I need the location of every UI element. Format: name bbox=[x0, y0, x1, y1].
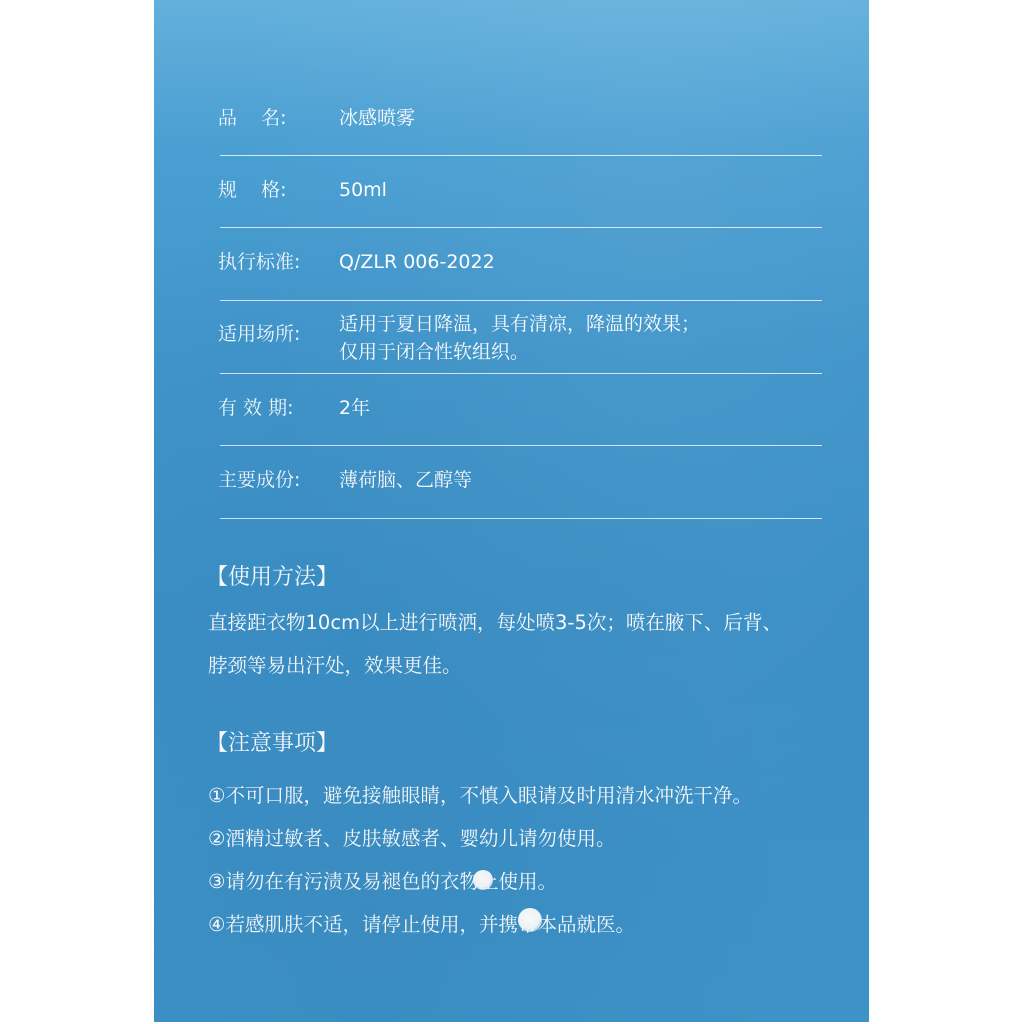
usage-line: 直接距衣物10cm以上进行喷洒，每处喷3-5次；喷在腋下、后背、 bbox=[208, 609, 782, 637]
caution-item: ③请勿在有污渍及易褪色的衣物上使用。 bbox=[208, 868, 557, 896]
spec-value-line-2: 仅用于闭合性软组织。 bbox=[339, 338, 529, 367]
divider bbox=[220, 300, 822, 301]
caution-item: ②酒精过敏者、皮肤敏感者、婴幼儿请勿使用。 bbox=[208, 825, 615, 853]
spec-label: 品 名: bbox=[218, 104, 287, 133]
product-info-panel: 品 名: 冰感喷雾 规 格: 50ml 执行标准: Q/ZLR 006-2022… bbox=[154, 0, 869, 1022]
spec-label: 有 效 期: bbox=[218, 394, 293, 423]
spec-value: 薄荷脑、乙醇等 bbox=[339, 466, 472, 495]
cautions-title: 【注意事项】 bbox=[206, 729, 338, 759]
divider bbox=[220, 518, 822, 519]
smudge-mark bbox=[473, 870, 493, 890]
spec-label: 规 格: bbox=[218, 176, 287, 205]
spec-label: 执行标准: bbox=[218, 248, 300, 277]
usage-title: 【使用方法】 bbox=[206, 563, 338, 593]
divider bbox=[220, 227, 822, 228]
divider bbox=[220, 373, 822, 374]
usage-line: 脖颈等易出汗处，效果更佳。 bbox=[208, 652, 462, 680]
spec-value: 2年 bbox=[339, 394, 370, 423]
spec-value: 50ml bbox=[339, 176, 387, 205]
spec-row-applicable: 适用场所: 适用于夏日降温，具有清凉，降温的效果； 仅用于闭合性软组织。 bbox=[218, 320, 822, 380]
spec-value-line-1: 适用于夏日降温，具有清凉，降温的效果； bbox=[339, 310, 700, 339]
spec-value: 冰感喷雾 bbox=[339, 104, 415, 133]
caution-item: ④若感肌肤不适，请停止使用，并携带本品就医。 bbox=[208, 911, 635, 939]
spec-label: 主要成份: bbox=[218, 466, 300, 495]
divider bbox=[220, 155, 822, 156]
smudge-mark bbox=[518, 908, 542, 932]
spec-label: 适用场所: bbox=[218, 320, 300, 349]
spec-value: Q/ZLR 006-2022 bbox=[339, 248, 495, 277]
caution-item: ①不可口服，避免接触眼睛，不慎入眼请及时用清水冲洗干净。 bbox=[208, 782, 752, 810]
divider bbox=[220, 445, 822, 446]
